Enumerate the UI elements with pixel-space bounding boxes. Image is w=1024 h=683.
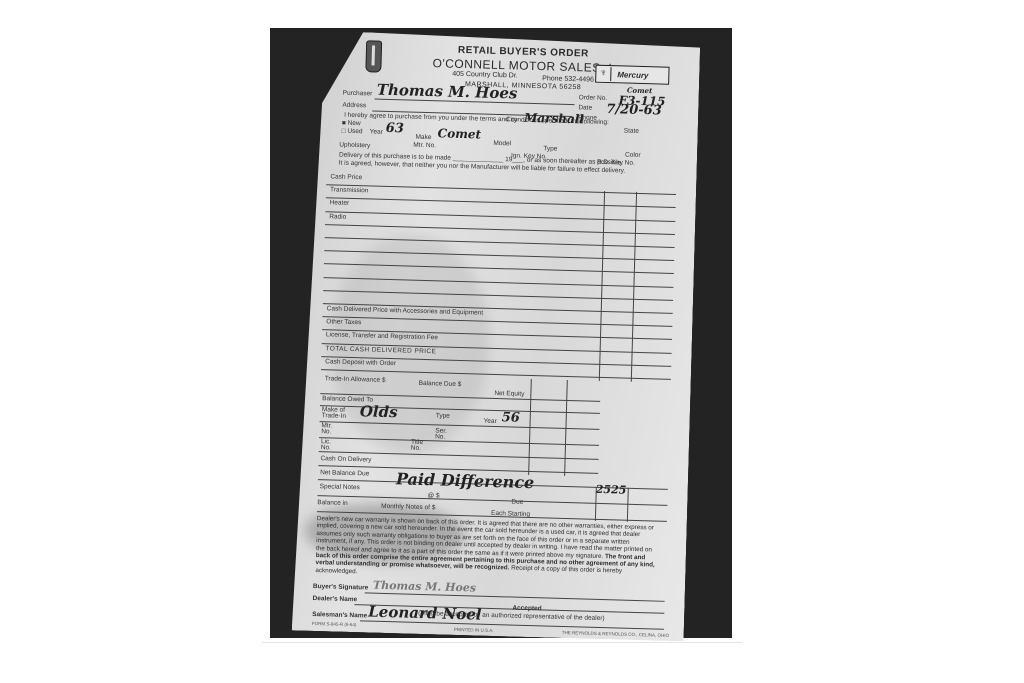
checkbox-used[interactable]: □ Used — [342, 128, 363, 136]
trade-type-label: Type — [436, 412, 450, 419]
accepted-label: Accepted — [512, 605, 541, 613]
buyer-signature-label: Buyer's Signature — [313, 583, 369, 592]
line-item-rule — [326, 198, 676, 209]
trade-ser-label: Ser. No. — [435, 428, 455, 441]
monthly-notes-label: Monthly Notes of $ — [381, 503, 435, 512]
salesman-name-label: Salesman's Name — [312, 611, 367, 620]
special-notes-amount: 2525 — [596, 483, 627, 497]
upholstery-label: Upholstery — [339, 142, 370, 150]
balance-due-label: Balance Due $ — [419, 380, 462, 388]
trade-make-label: Make of Trade-In — [322, 407, 362, 420]
dealer-name-label: Dealer's Name — [313, 595, 358, 603]
printed-in: PRINTED IN U.S.A. — [454, 627, 494, 633]
dealer-crest-icon — [365, 40, 382, 72]
year-value: 63 — [386, 121, 405, 136]
city-value: Marshall — [524, 111, 584, 127]
cod-label: Cash On Delivery — [320, 455, 371, 463]
scan-edge — [262, 642, 742, 643]
balance-in-label: Balance in — [317, 499, 348, 507]
line-item-label: Cash Price — [330, 173, 362, 181]
special-notes-value: Paid Difference — [396, 469, 535, 492]
trade-year-label: Year — [484, 418, 497, 425]
mtr-no-label: Mtr. No. — [413, 142, 436, 150]
checkbox-new[interactable]: ■ New — [342, 120, 361, 128]
color-label: Color — [625, 152, 641, 159]
lincoln-mercury-emblem-icon: ♆ — [596, 67, 611, 81]
signature-line — [365, 592, 665, 601]
terms-text: Dealer's new car warranty is shown on ba… — [315, 515, 662, 584]
city-label: City — [506, 116, 517, 123]
form-code: FORM S-845-R (6-64) — [312, 621, 357, 627]
trade-make-value: Olds — [360, 402, 398, 421]
printer-name: THE REYNOLDS & REYNOLDS CO., CELINA, OHI… — [562, 630, 669, 638]
purchaser-label: Purchaser — [343, 90, 373, 98]
address-label: Address — [342, 102, 366, 110]
company-address: 405 Country Club Dr. — [452, 71, 518, 80]
order-no-label: Order No. — [579, 94, 608, 102]
trade-mtr-label: Mtr. No. — [321, 423, 341, 436]
model-label: Model — [493, 140, 511, 147]
new-label: New — [348, 120, 361, 127]
line-item-label: Radio — [329, 213, 346, 220]
date-label: Date — [578, 104, 592, 111]
net-balance-label: Net Balance Due — [320, 469, 369, 477]
used-label: Used — [347, 128, 362, 135]
net-equity-label: Net Equity — [494, 390, 524, 398]
special-notes-label: Special Notes — [320, 483, 360, 491]
company-phone: Phone 532-4496 — [542, 75, 594, 83]
trade-year-value: 56 — [502, 410, 521, 425]
make-value: Comet — [437, 126, 481, 141]
line-item-label: Other Taxes — [326, 318, 361, 326]
brand-logo-box: ♆ Mercury — [595, 65, 669, 85]
state-label: State — [624, 127, 639, 134]
trade-title-label: Title No. — [411, 440, 431, 453]
line-item-rule — [325, 224, 675, 235]
buyers-order-document: RETAIL BUYER'S ORDER O'CONNELL MOTOR SAL… — [292, 31, 701, 642]
row-line — [319, 437, 599, 446]
line-item-label: Transmission — [330, 186, 369, 194]
signature-line — [360, 620, 664, 629]
type-label: Type — [543, 145, 557, 152]
brand-name: Mercury — [611, 70, 648, 80]
line-item-rule — [325, 211, 675, 222]
make-label: Make — [415, 134, 431, 141]
line-item-rule — [326, 184, 676, 195]
trade-lic-label: Lic. No. — [321, 439, 341, 452]
line-item-label: Heater — [330, 200, 350, 208]
year-label: Year — [370, 128, 383, 135]
date-value: 7/20-63 — [606, 102, 662, 119]
